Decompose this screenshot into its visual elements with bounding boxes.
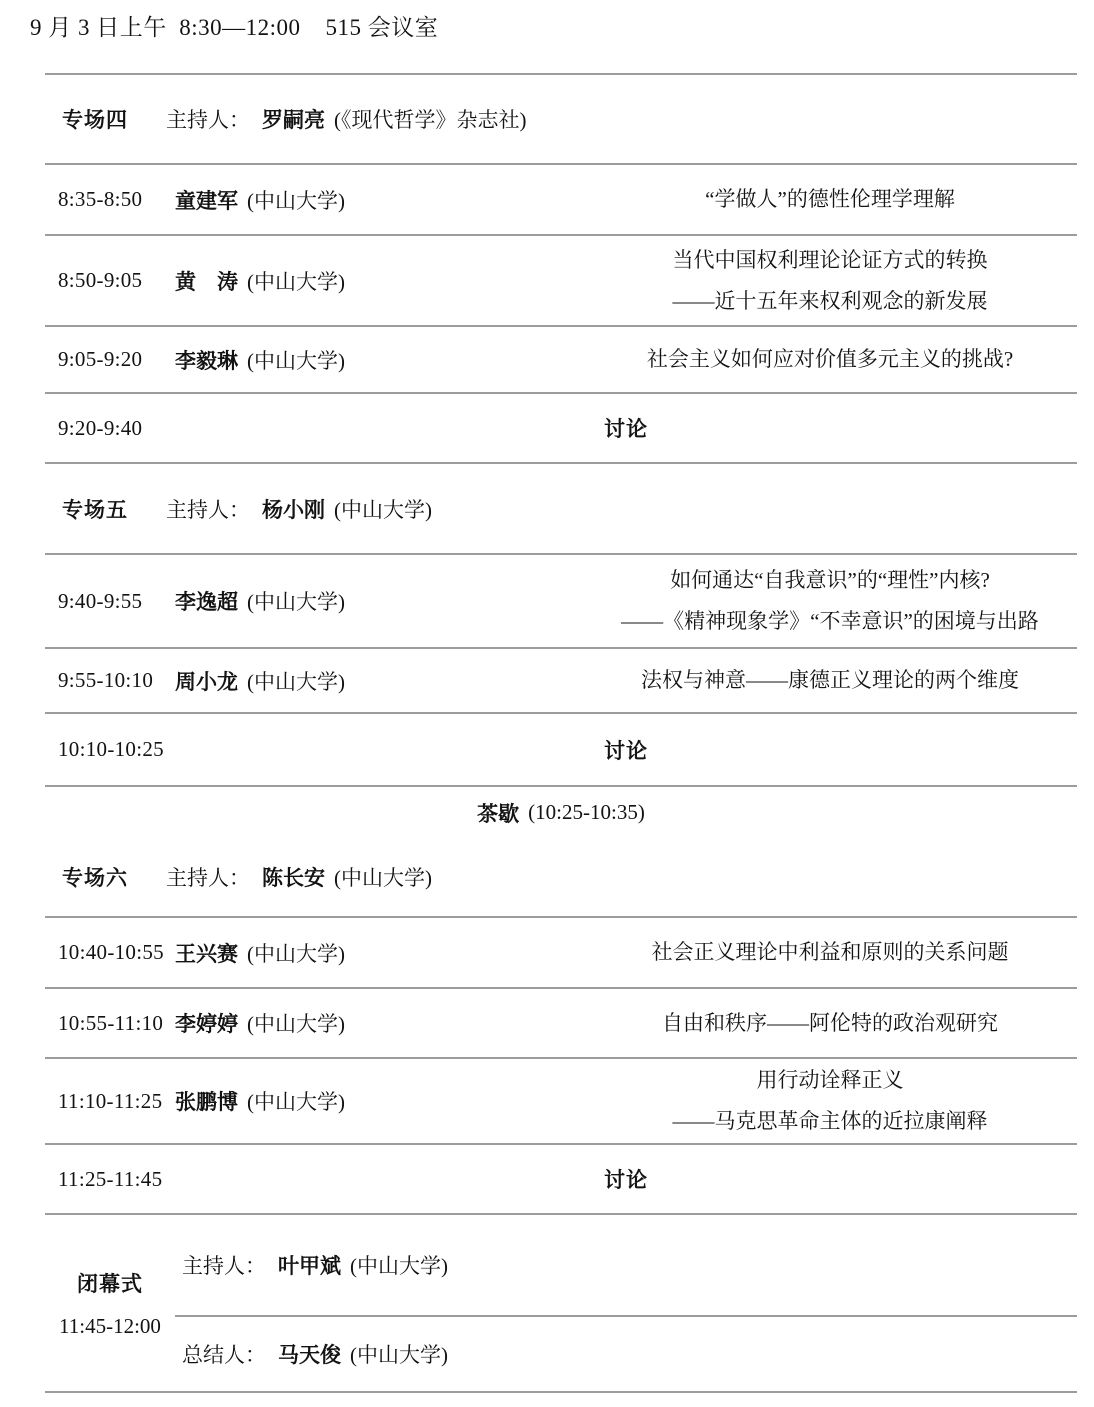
talk-speaker: 童建军(中山大学) xyxy=(175,185,583,215)
discussion-label: 讨论 xyxy=(175,413,1077,443)
session-label: 专场四 xyxy=(62,104,128,134)
speaker-affiliation: (中山大学) xyxy=(247,189,345,213)
closing-left-cell: 闭幕式 11:45-12:00 xyxy=(45,1215,175,1391)
talk-time: 9:40-9:55 xyxy=(45,589,175,614)
talk-row: 10:40-10:55 王兴赛(中山大学) 社会正义理论中利益和原则的关系问题 xyxy=(45,916,1077,987)
talk-title-line: 如何通达“自我意识”的“理性”内核? xyxy=(583,560,1077,601)
talk-title-line: 用行动诠释正义 xyxy=(583,1060,1077,1101)
speaker-name: 童建军 xyxy=(175,189,238,213)
talk-title: 自由和秩序——阿伦特的政治观研究 xyxy=(583,1003,1077,1044)
talk-title-line: 当代中国权利理论论证方式的转换 xyxy=(583,240,1077,281)
talk-title: 法权与神意——康德正义理论的两个维度 xyxy=(583,660,1077,701)
talk-row: 9:55-10:10 周小龙(中山大学) 法权与神意——康德正义理论的两个维度 xyxy=(45,647,1077,712)
speaker-affiliation: (中山大学) xyxy=(247,1090,345,1114)
closing-right-cell: 主持人： 叶甲斌 (中山大学) 总结人： 马天俊 (中山大学) xyxy=(175,1215,1077,1391)
talk-time: 8:50-9:05 xyxy=(45,268,175,293)
talk-title-line: ——近十五年来权利观念的新发展 xyxy=(583,281,1077,322)
chair-prefix: 主持人： xyxy=(166,862,250,892)
chair-affiliation: (中山大学) xyxy=(334,494,432,524)
summarizer-affiliation: (中山大学) xyxy=(350,1339,448,1369)
talk-row: 9:40-9:55 李逸超(中山大学) 如何通达“自我意识”的“理性”内核? —… xyxy=(45,553,1077,647)
talk-time: 8:35-8:50 xyxy=(45,187,175,212)
chair-prefix: 主持人： xyxy=(182,1250,266,1280)
chair-affiliation: (中山大学) xyxy=(334,862,432,892)
talk-row: 11:10-11:25 张鹏博(中山大学) 用行动诠释正义 ——马克思革命主体的… xyxy=(45,1057,1077,1143)
talk-speaker: 李毅琳(中山大学) xyxy=(175,345,583,375)
chair-affiliation: (《现代哲学》杂志社) xyxy=(334,104,527,134)
discussion-label: 讨论 xyxy=(175,735,1077,765)
talk-title: 社会正义理论中利益和原则的关系问题 xyxy=(583,932,1077,973)
discussion-time: 9:20-9:40 xyxy=(45,416,175,441)
closing-summarizer: 总结人： 马天俊 (中山大学) xyxy=(175,1315,1077,1391)
talk-time: 11:10-11:25 xyxy=(45,1089,175,1114)
speaker-name: 黄 涛 xyxy=(175,270,238,294)
talk-row: 10:55-11:10 李婷婷(中山大学) 自由和秩序——阿伦特的政治观研究 xyxy=(45,987,1077,1057)
closing-time: 11:45-12:00 xyxy=(59,1314,161,1339)
chair-prefix: 主持人： xyxy=(166,494,250,524)
talk-speaker: 张鹏博(中山大学) xyxy=(175,1086,583,1116)
chair-name: 陈长安 xyxy=(262,862,325,892)
speaker-affiliation: (中山大学) xyxy=(247,670,345,694)
chair-name: 杨小刚 xyxy=(262,494,325,524)
discussion-row: 9:20-9:40 讨论 xyxy=(45,392,1077,462)
talk-title: 如何通达“自我意识”的“理性”内核? ——《精神现象学》“不幸意识”的困境与出路 xyxy=(583,560,1077,642)
speaker-name: 张鹏博 xyxy=(175,1090,238,1114)
discussion-time: 11:25-11:45 xyxy=(45,1167,175,1192)
conference-program-page: 9 月 3 日上午 8:30—12:00 515 会议室 专场四 主持人： 罗嗣… xyxy=(0,0,1094,1407)
session-header-row: 专场四 主持人： 罗嗣亮 (《现代哲学》杂志社) xyxy=(45,73,1077,163)
speaker-affiliation: (中山大学) xyxy=(247,590,345,614)
schedule-table: 专场四 主持人： 罗嗣亮 (《现代哲学》杂志社) 8:35-8:50 童建军(中… xyxy=(45,73,1077,1393)
chair-name: 叶甲斌 xyxy=(278,1250,341,1280)
tea-break: 茶歇 (10:25-10:35) xyxy=(45,787,1077,838)
talk-title: 当代中国权利理论论证方式的转换 ——近十五年来权利观念的新发展 xyxy=(583,240,1077,322)
speaker-affiliation: (中山大学) xyxy=(247,1012,345,1036)
talk-speaker: 李婷婷(中山大学) xyxy=(175,1008,583,1038)
talk-row: 8:50-9:05 黄 涛(中山大学) 当代中国权利理论论证方式的转换 ——近十… xyxy=(45,234,1077,325)
discussion-label: 讨论 xyxy=(175,1164,1077,1194)
talk-speaker: 周小龙(中山大学) xyxy=(175,666,583,696)
tea-break-time: (10:25-10:35) xyxy=(528,800,645,825)
session-label: 专场六 xyxy=(62,862,128,892)
speaker-affiliation: (中山大学) xyxy=(247,942,345,966)
talk-speaker: 李逸超(中山大学) xyxy=(175,586,583,616)
talk-title-line: ——马克思革命主体的近拉康阐释 xyxy=(583,1101,1077,1142)
speaker-name: 王兴赛 xyxy=(175,942,238,966)
talk-time: 9:55-10:10 xyxy=(45,668,175,693)
speaker-affiliation: (中山大学) xyxy=(247,270,345,294)
talk-speaker: 王兴赛(中山大学) xyxy=(175,938,583,968)
talk-title: 用行动诠释正义 ——马克思革命主体的近拉康阐释 xyxy=(583,1060,1077,1142)
talk-time: 10:40-10:55 xyxy=(45,940,175,965)
session-label: 专场五 xyxy=(62,494,128,524)
summarizer-prefix: 总结人： xyxy=(182,1339,266,1369)
chair-prefix: 主持人： xyxy=(166,104,250,134)
discussion-time: 10:10-10:25 xyxy=(45,737,175,762)
closing-chair: 主持人： 叶甲斌 (中山大学) xyxy=(175,1215,1077,1315)
speaker-name: 周小龙 xyxy=(175,670,238,694)
speaker-name: 李逸超 xyxy=(175,590,238,614)
discussion-row: 10:10-10:25 讨论 xyxy=(45,712,1077,785)
session-header-row: 专场六 主持人： 陈长安 (中山大学) xyxy=(45,838,1077,916)
tea-break-label: 茶歇 xyxy=(477,798,519,828)
chair-affiliation: (中山大学) xyxy=(350,1250,448,1280)
discussion-row: 11:25-11:45 讨论 xyxy=(45,1143,1077,1213)
session-header-row: 专场五 主持人： 杨小刚 (中山大学) xyxy=(45,462,1077,553)
talk-title-line: “学做人”的德性伦理学理解 xyxy=(583,179,1077,220)
chair-name: 罗嗣亮 xyxy=(262,104,325,134)
summarizer-name: 马天俊 xyxy=(278,1339,341,1369)
page-header: 9 月 3 日上午 8:30—12:00 515 会议室 xyxy=(0,0,1094,73)
talk-row: 8:35-8:50 童建军(中山大学) “学做人”的德性伦理学理解 xyxy=(45,163,1077,234)
talk-title-line: 法权与神意——康德正义理论的两个维度 xyxy=(583,660,1077,701)
talk-time: 9:05-9:20 xyxy=(45,347,175,372)
talk-title-line: 自由和秩序——阿伦特的政治观研究 xyxy=(583,1003,1077,1044)
talk-speaker: 黄 涛(中山大学) xyxy=(175,266,583,296)
talk-title: 社会主义如何应对价值多元主义的挑战? xyxy=(583,339,1077,380)
speaker-affiliation: (中山大学) xyxy=(247,349,345,373)
break-and-session-band: 茶歇 (10:25-10:35) 专场六 主持人： 陈长安 (中山大学) xyxy=(45,785,1077,916)
talk-row: 9:05-9:20 李毅琳(中山大学) 社会主义如何应对价值多元主义的挑战? xyxy=(45,325,1077,392)
speaker-name: 李婷婷 xyxy=(175,1012,238,1036)
talk-time: 10:55-11:10 xyxy=(45,1011,175,1036)
talk-title-line: 社会正义理论中利益和原则的关系问题 xyxy=(583,932,1077,973)
talk-title-line: ——《精神现象学》“不幸意识”的困境与出路 xyxy=(583,601,1077,642)
closing-label: 闭幕式 xyxy=(77,1268,143,1298)
speaker-name: 李毅琳 xyxy=(175,349,238,373)
talk-title: “学做人”的德性伦理学理解 xyxy=(583,179,1077,220)
talk-title-line: 社会主义如何应对价值多元主义的挑战? xyxy=(583,339,1077,380)
closing-ceremony-row: 闭幕式 11:45-12:00 主持人： 叶甲斌 (中山大学) 总结人： 马天俊… xyxy=(45,1213,1077,1393)
